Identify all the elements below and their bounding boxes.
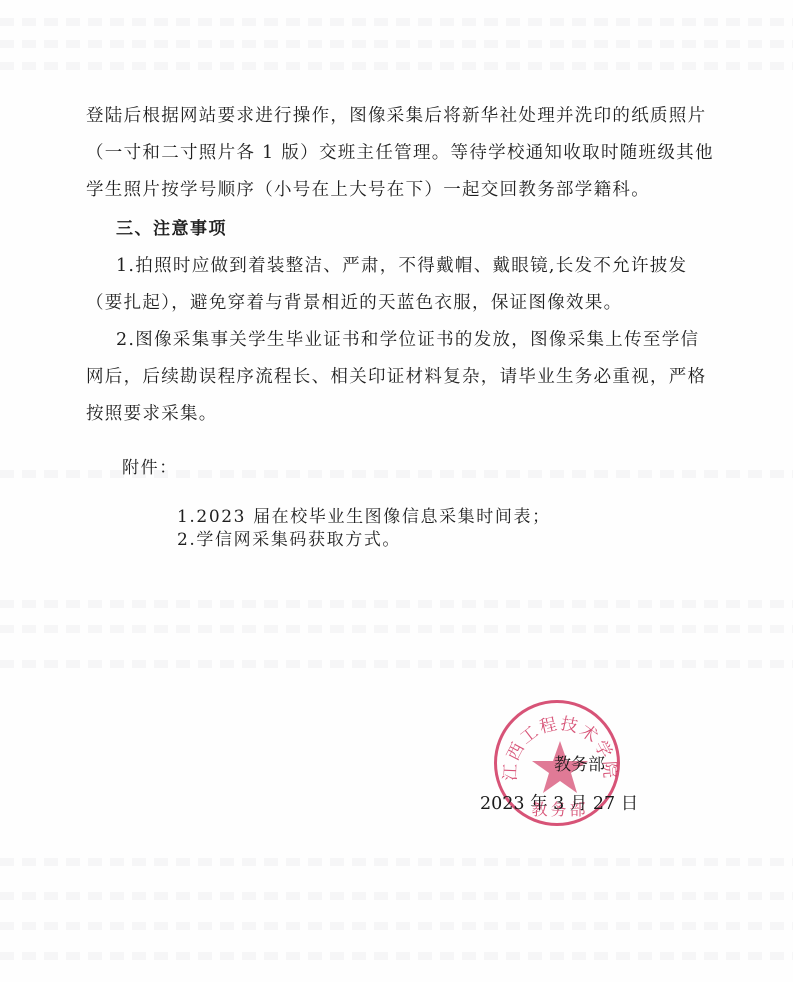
bleed-through-texture [0,952,793,960]
signing-date: 2023 年 3 月 27 日 [480,790,638,815]
attachment-item: 2.学信网采集码获取方式。 [177,528,401,552]
notice-item-line: （要扎起），避免穿着与背景相近的天蓝色衣服，保证图像效果。 [86,291,622,315]
paragraph-line: （一寸和二寸照片各 1 版）交班主任管理。等待学校通知收取时随班级其他 [86,141,714,165]
paragraph-line: 学生照片按学号顺序（小号在上大号在下）一起交回教务部学籍科。 [86,178,650,202]
bleed-through-texture [0,600,793,608]
notice-item-line: 1.拍照时应做到着装整洁、严肃，不得戴帽、戴眼镜,长发不允许披发 [116,254,687,278]
bleed-through-texture [0,18,793,26]
notice-item-line: 网后，后续勘误程序流程长、相关印证材料复杂，请毕业生务必重视，严格 [86,365,706,389]
signing-department: 教务部 [554,750,605,775]
attachment-item: 1.2023 届在校毕业生图像信息采集时间表； [177,505,551,529]
notice-item-line: 按照要求采集。 [86,402,218,426]
bleed-through-texture [0,660,793,668]
bleed-through-texture [0,892,793,900]
document-page: 登陆后根据网站要求进行操作，图像采集后将新华社处理并洗印的纸质照片 （一寸和二寸… [0,0,793,982]
bleed-through-texture [0,40,793,48]
notice-item-line: 2.图像采集事关学生毕业证书和学位证书的发放，图像采集上传至学信 [116,328,699,352]
bleed-through-texture [0,858,793,866]
paragraph-line: 登陆后根据网站要求进行操作，图像采集后将新华社处理并洗印的纸质照片 [86,104,706,128]
bleed-through-texture [0,922,793,930]
attachments-label: 附件： [122,456,178,480]
bleed-through-texture [0,470,793,478]
bleed-through-texture [0,625,793,633]
bleed-through-texture [0,62,793,70]
section-heading: 三、注意事项 [116,217,227,241]
